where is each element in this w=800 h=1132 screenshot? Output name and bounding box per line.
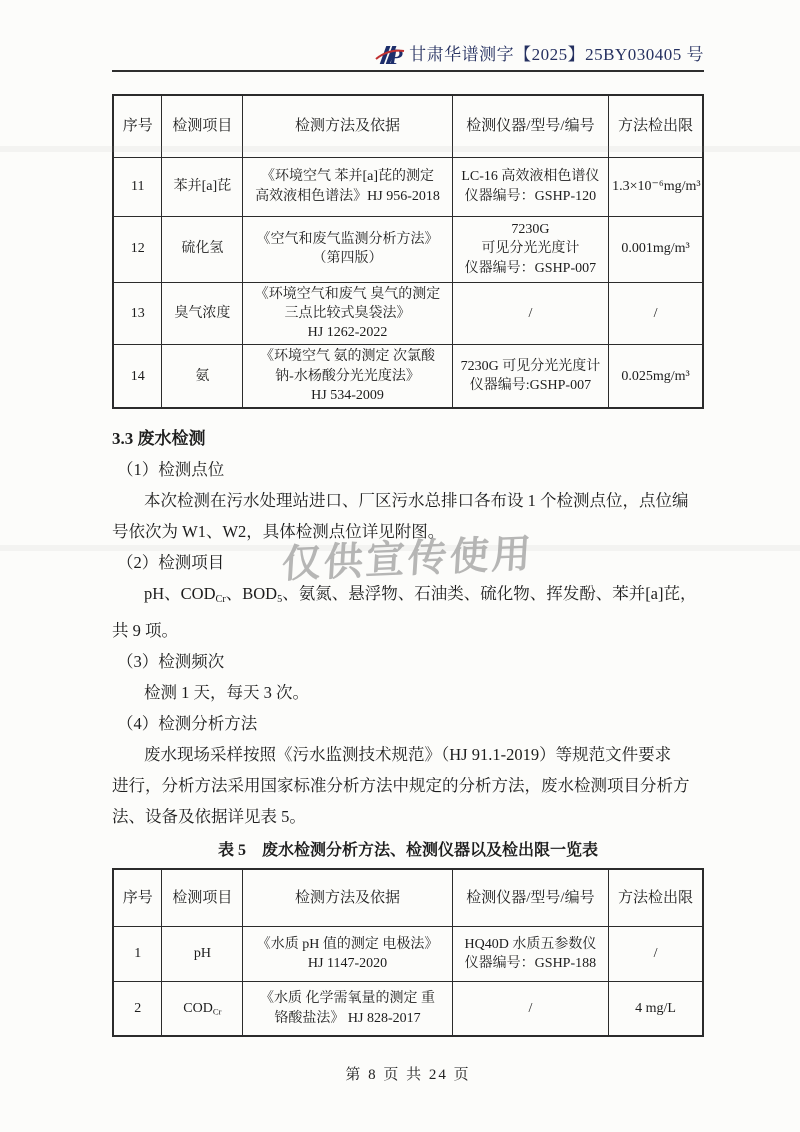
cell-instrument: 7230G 可见分光光度计 仪器编号:GSHP-007 [452,345,608,408]
paragraph-line: 共 9 项。 [112,615,704,646]
col-header-limit: 方法检出限 [609,869,703,926]
air-test-methods-table: 序号 检测项目 检测方法及依据 检测仪器/型号/编号 方法检出限 11 苯并[a… [112,94,704,409]
cell-instrument: HQ40D 水质五参数仪 仪器编号：GSHP-188 [452,926,608,981]
page-header: P 甘肃华谱测字【2025】25BY030405 号 [112,40,704,72]
list-label-2: （2）检测项目 [112,547,704,578]
table-header-row: 序号 检测项目 检测方法及依据 检测仪器/型号/编号 方法检出限 [113,95,703,157]
cell-no: 11 [113,157,162,216]
cell-method: 《水质 pH 值的测定 电极法》 HJ 1147-2020 [243,926,452,981]
cell-item: pH [162,926,243,981]
table-row: 12 硫化氢 《空气和废气监测分析方法》 （第四版） 7230G 可见分光光度计… [113,216,703,282]
cell-no: 2 [113,981,162,1036]
text-run: 、BOD [226,584,277,603]
paragraph-line: 号依次为 W1、W2，具体检测点位详见附图。 [112,516,704,547]
col-header-no: 序号 [113,869,162,926]
table5-title: 表 5 废水检测分析方法、检测仪器以及检出限一览表 [112,836,704,866]
cell-instrument: / [452,981,608,1036]
list-label-1: （1）检测点位 [112,454,704,485]
huapu-logo-icon: P [375,44,407,67]
cell-limit: 4 mg/L [609,981,703,1036]
cell-method: 《环境空气 苯并[a]芘的测定 高效液相色谱法》HJ 956-2018 [243,157,452,216]
paragraph-line: 本次检测在污水处理站进口、厂区污水总排口各布设 1 个检测点位，点位编 [112,485,704,516]
list-label-4: （4）检测分析方法 [112,708,704,739]
table-header-row: 序号 检测项目 检测方法及依据 检测仪器/型号/编号 方法检出限 [113,869,703,926]
cell-limit: 0.025mg/m³ [609,345,703,408]
cell-item: 苯并[a]芘 [162,157,243,216]
col-header-item: 检测项目 [162,95,243,157]
cell-instrument: / [452,282,608,345]
cell-instrument: 7230G 可见分光光度计 仪器编号：GSHP-007 [452,216,608,282]
item-base: pH [194,946,211,961]
col-header-method: 检测方法及依据 [243,95,452,157]
wastewater-methods-table: 序号 检测项目 检测方法及依据 检测仪器/型号/编号 方法检出限 1 pH 《水… [112,868,704,1037]
table-row: 14 氨 《环境空气 氨的测定 次氯酸 钠-水杨酸分光光度法》 HJ 534-2… [113,345,703,408]
svg-text:P: P [388,44,403,67]
cell-method: 《水质 化学需氧量的测定 重 铬酸盐法》 HJ 828-2017 [243,981,452,1036]
col-header-item: 检测项目 [162,869,243,926]
cell-no: 14 [113,345,162,408]
table-row: 13 臭气浓度 《环境空气和废气 臭气的测定 三点比较式臭袋法》 HJ 1262… [113,282,703,345]
paragraph-line: 检测 1 天，每天 3 次。 [112,677,704,708]
item-base: COD [183,1001,213,1016]
cell-item: 硫化氢 [162,216,243,282]
cell-instrument: LC-16 高效液相色谱仪 仪器编号：GSHP-120 [452,157,608,216]
cell-no: 1 [113,926,162,981]
cell-method: 《空气和废气监测分析方法》 （第四版） [243,216,452,282]
cell-limit: / [609,926,703,981]
list-label-3: （3）检测频次 [112,646,704,677]
col-header-instrument: 检测仪器/型号/编号 [452,95,608,157]
cell-limit: 1.3×10⁻⁶mg/m³ [609,157,703,216]
cell-no: 13 [113,282,162,345]
item-subscript: Cr [213,1006,222,1016]
paragraph-line: 法、设备及依据详见表 5。 [112,801,704,832]
cell-limit: 0.001mg/m³ [609,216,703,282]
table-row: 11 苯并[a]芘 《环境空气 苯并[a]芘的测定 高效液相色谱法》HJ 956… [113,157,703,216]
col-header-limit: 方法检出限 [609,95,703,157]
cell-no: 12 [113,216,162,282]
document-page: P 甘肃华谱测字【2025】25BY030405 号 序号 检测项目 检测方法及… [0,0,800,1132]
page-number: 第 8 页 共 24 页 [345,1067,470,1083]
cell-method: 《环境空气和废气 臭气的测定 三点比较式臭袋法》 HJ 1262-2022 [243,282,452,345]
cell-limit: / [609,282,703,345]
cell-method: 《环境空气 氨的测定 次氯酸 钠-水杨酸分光光度法》 HJ 534-2009 [243,345,452,408]
paragraph-line: 进行，分析方法采用国家标准分析方法中规定的分析方法，废水检测项目分析方 [112,770,704,801]
table-row: 1 pH 《水质 pH 值的测定 电极法》 HJ 1147-2020 HQ40D… [113,926,703,981]
subscript-cr: Cr [216,594,226,605]
paragraph-line: 废水现场采样按照《污水监测技术规范》（HJ 91.1-2019）等规范文件要求 [112,739,704,770]
col-header-method: 检测方法及依据 [243,869,452,926]
cell-item: 臭气浓度 [162,282,243,345]
text-run: 、氨氮、悬浮物、石油类、硫化物、挥发酚、苯并[a]芘， [282,584,696,603]
cell-item: 氨 [162,345,243,408]
document-number: 甘肃华谱测字【2025】25BY030405 号 [409,40,704,65]
text-run: pH、COD [144,584,216,603]
paragraph-items-line: pH、CODCr、BOD5、氨氮、悬浮物、石油类、硫化物、挥发酚、苯并[a]芘， [112,578,704,615]
table-row: 2 CODCr 《水质 化学需氧量的测定 重 铬酸盐法》 HJ 828-2017… [113,981,703,1036]
cell-item: CODCr [162,981,243,1036]
col-header-instrument: 检测仪器/型号/编号 [452,869,608,926]
page-footer: 第 8 页 共 24 页 [112,1063,704,1084]
col-header-no: 序号 [113,95,162,157]
section-heading: 3.3 废水检测 [112,423,704,454]
